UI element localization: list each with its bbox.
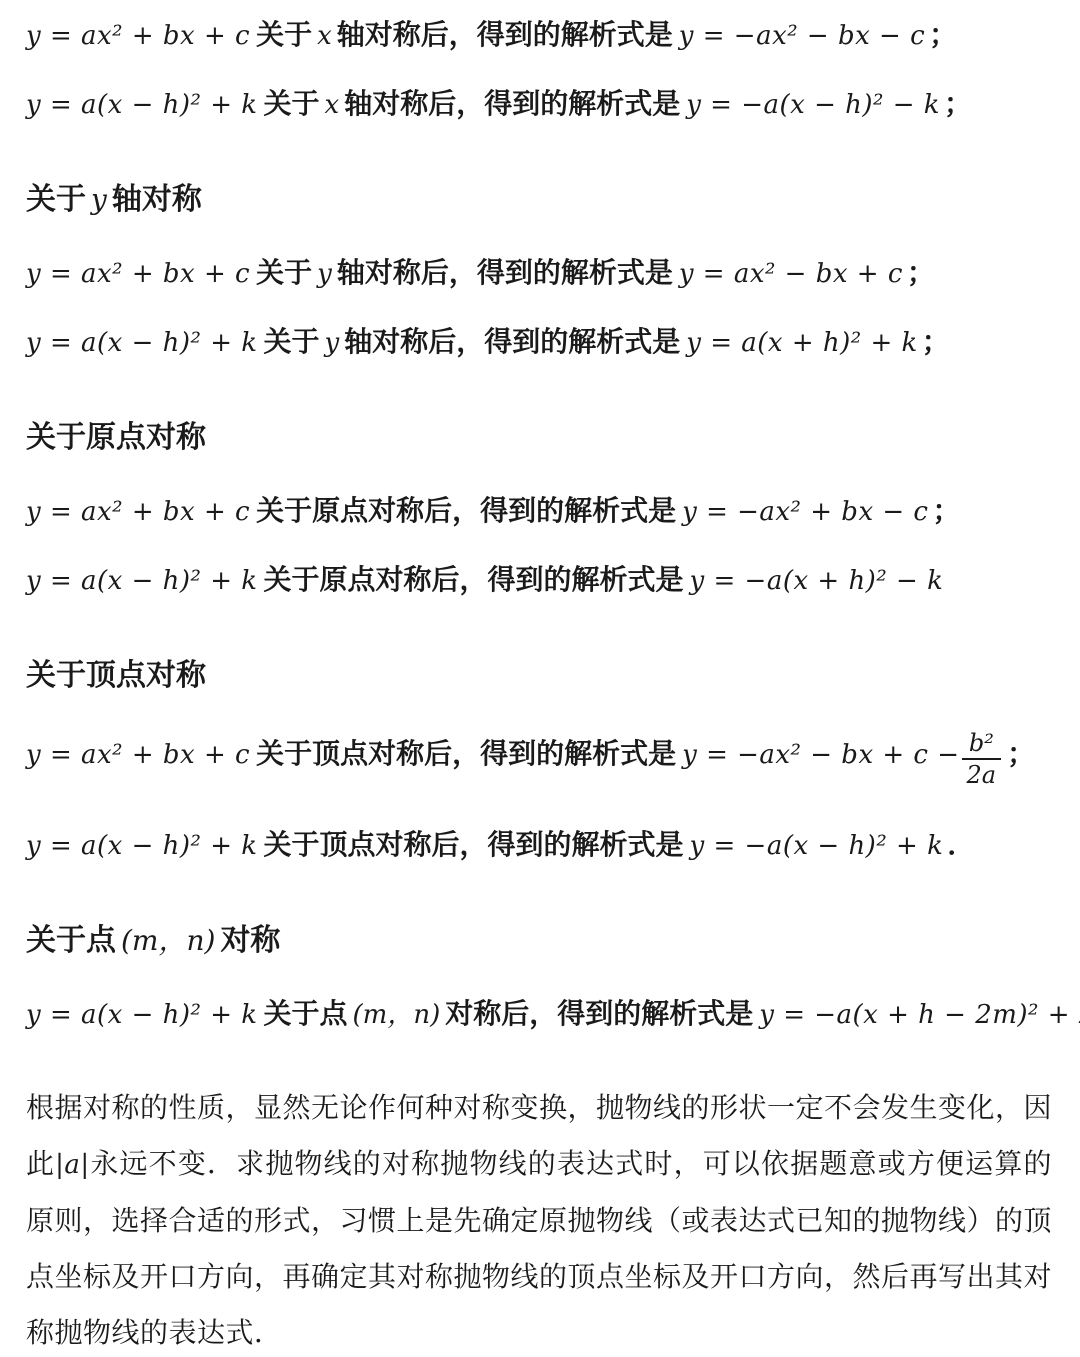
statement-text-pre: 关于: [256, 19, 312, 50]
statement-text-pre: 关于原点对称后，得到的解析式是: [256, 495, 676, 526]
heading-variable: y: [91, 183, 107, 216]
punctuation: ；: [922, 326, 950, 357]
formula-original: y = ax² + bx + c: [26, 21, 250, 51]
punctuation: ；: [907, 257, 935, 288]
statement-text-post: 轴对称后，得到的解析式是: [344, 88, 680, 119]
section-heading-y-axis: 关于y轴对称: [26, 182, 1052, 218]
statement-text: 关于顶点对称后，得到的解析式是: [256, 738, 676, 769]
statement-text: 关于点(m，n)对称后，得到的解析式是: [264, 998, 754, 1029]
formula-original: y = ax² + bx + c: [26, 497, 250, 527]
formula-result: y = ax² − bx + c: [679, 259, 903, 289]
formula-original: y = a(x − h)² + k: [26, 90, 258, 120]
statement-variable: (m，n): [353, 1000, 441, 1030]
heading-variable: (m，n): [121, 924, 215, 957]
heading-text-post: 对称: [220, 924, 280, 957]
summary-paragraph: 根据对称的性质，显然无论作何种对称变换，抛物线的形状一定不会发生变化，因此|a|…: [26, 1080, 1052, 1357]
statement-row: y = a(x − h)² + k关于y轴对称后，得到的解析式是y = a(x …: [26, 321, 1052, 368]
statement-text-pre: 关于顶点对称后，得到的解析式是: [256, 738, 676, 769]
statement-row: y = a(x − h)² + k关于x轴对称后，得到的解析式是y = −a(x…: [26, 83, 1052, 130]
statement-row: y = ax² + bx + c关于y轴对称后，得到的解析式是y = ax² −…: [26, 252, 1052, 299]
abs-a-expression: |a|: [55, 1150, 90, 1180]
statement-variable: x: [325, 90, 340, 120]
heading-text-pre: 关于: [26, 183, 86, 216]
statement-text: 关于y轴对称后，得到的解析式是: [264, 326, 681, 357]
formula-result: y = −a(x − h)² + k: [690, 831, 944, 861]
statement-text-pre: 关于: [256, 257, 312, 288]
document-page: y = ax² + bx + c关于x轴对称后，得到的解析式是y = −ax² …: [0, 0, 1080, 1357]
statement-variable: y: [317, 259, 332, 289]
statement-text-post: 轴对称后，得到的解析式是: [344, 326, 680, 357]
statement-row: y = ax² + bx + c关于x轴对称后，得到的解析式是y = −ax² …: [26, 14, 1052, 61]
formula-original: y = a(x − h)² + k: [26, 1000, 258, 1030]
fraction-denominator: 2a: [962, 760, 1002, 790]
statement-row: y = a(x − h)² + k关于顶点对称后，得到的解析式是y = −a(x…: [26, 824, 1052, 871]
statement-text: 关于x轴对称后，得到的解析式是: [264, 88, 681, 119]
formula-result: y = −a(x + h)² − k: [690, 566, 944, 596]
statement-text: 关于原点对称后，得到的解析式是: [256, 495, 676, 526]
statement-text-post: 对称后，得到的解析式是: [445, 998, 753, 1029]
paragraph-text-2: 永远不变．求抛物线的对称抛物线的表达式时，可以依据题意或方便运算的原则，选择合适…: [26, 1148, 1052, 1348]
formula-original: y = a(x − h)² + k: [26, 831, 258, 861]
heading-text-pre: 关于原点对称: [26, 421, 206, 454]
statement-row: y = ax² + bx + c关于原点对称后，得到的解析式是y = −ax² …: [26, 490, 1052, 537]
statement-text: 关于x轴对称后，得到的解析式是: [256, 19, 673, 50]
formula-result: y = a(x + h)² + k: [686, 328, 918, 358]
punctuation: ；: [932, 495, 960, 526]
formula-result: y = −a(x − h)² − k: [686, 90, 940, 120]
statement-text-pre: 关于: [264, 326, 320, 357]
formula-original: y = ax² + bx + c: [26, 740, 250, 770]
punctuation: ；: [929, 19, 957, 50]
formula-original: y = ax² + bx + c: [26, 259, 250, 289]
formula-original: y = a(x − h)² + k: [26, 566, 258, 596]
statement-text-post: 轴对称后，得到的解析式是: [337, 257, 673, 288]
formula-original: y = a(x − h)² + k: [26, 328, 258, 358]
statement-text-post: 轴对称后，得到的解析式是: [337, 19, 673, 50]
statement-row: y = a(x − h)² + k关于点(m，n)对称后，得到的解析式是y = …: [26, 993, 1052, 1040]
section-heading-vertex: 关于顶点对称: [26, 658, 1052, 694]
statement-text-pre: 关于顶点对称后，得到的解析式是: [264, 829, 684, 860]
statement-text: 关于顶点对称后，得到的解析式是: [264, 829, 684, 860]
formula-result: y = −ax² + bx − c: [682, 497, 928, 527]
statement-variable: x: [317, 21, 332, 51]
fraction: b²2a: [962, 728, 1002, 790]
punctuation: ．: [947, 829, 975, 860]
statement-text: 关于原点对称后，得到的解析式是: [264, 564, 684, 595]
statement-text-pre: 关于原点对称后，得到的解析式是: [264, 564, 684, 595]
section-heading-point: 关于点(m，n)对称: [26, 923, 1052, 959]
formula-result: y = −ax² − bx + c −: [682, 740, 959, 770]
heading-text-post: 轴对称: [112, 183, 202, 216]
formula-result: y = −a(x + h − 2m)² + 2n − k: [759, 1000, 1080, 1030]
statement-row: y = ax² + bx + c关于顶点对称后，得到的解析式是y = −ax² …: [26, 728, 1052, 790]
statement-row: y = a(x − h)² + k关于原点对称后，得到的解析式是y = −a(x…: [26, 559, 1052, 606]
punctuation: ；: [944, 88, 972, 119]
formula-result: y = −ax² − bx − c: [679, 21, 925, 51]
punctuation: ；: [1007, 738, 1035, 769]
statement-variable: y: [325, 328, 340, 358]
heading-text-pre: 关于顶点对称: [26, 659, 206, 692]
section-heading-origin: 关于原点对称: [26, 420, 1052, 456]
statement-text: 关于y轴对称后，得到的解析式是: [256, 257, 673, 288]
statement-text-pre: 关于: [264, 88, 320, 119]
heading-text-pre: 关于点: [26, 924, 116, 957]
fraction-numerator: b²: [962, 728, 1002, 760]
statement-text-pre: 关于点: [264, 998, 348, 1029]
